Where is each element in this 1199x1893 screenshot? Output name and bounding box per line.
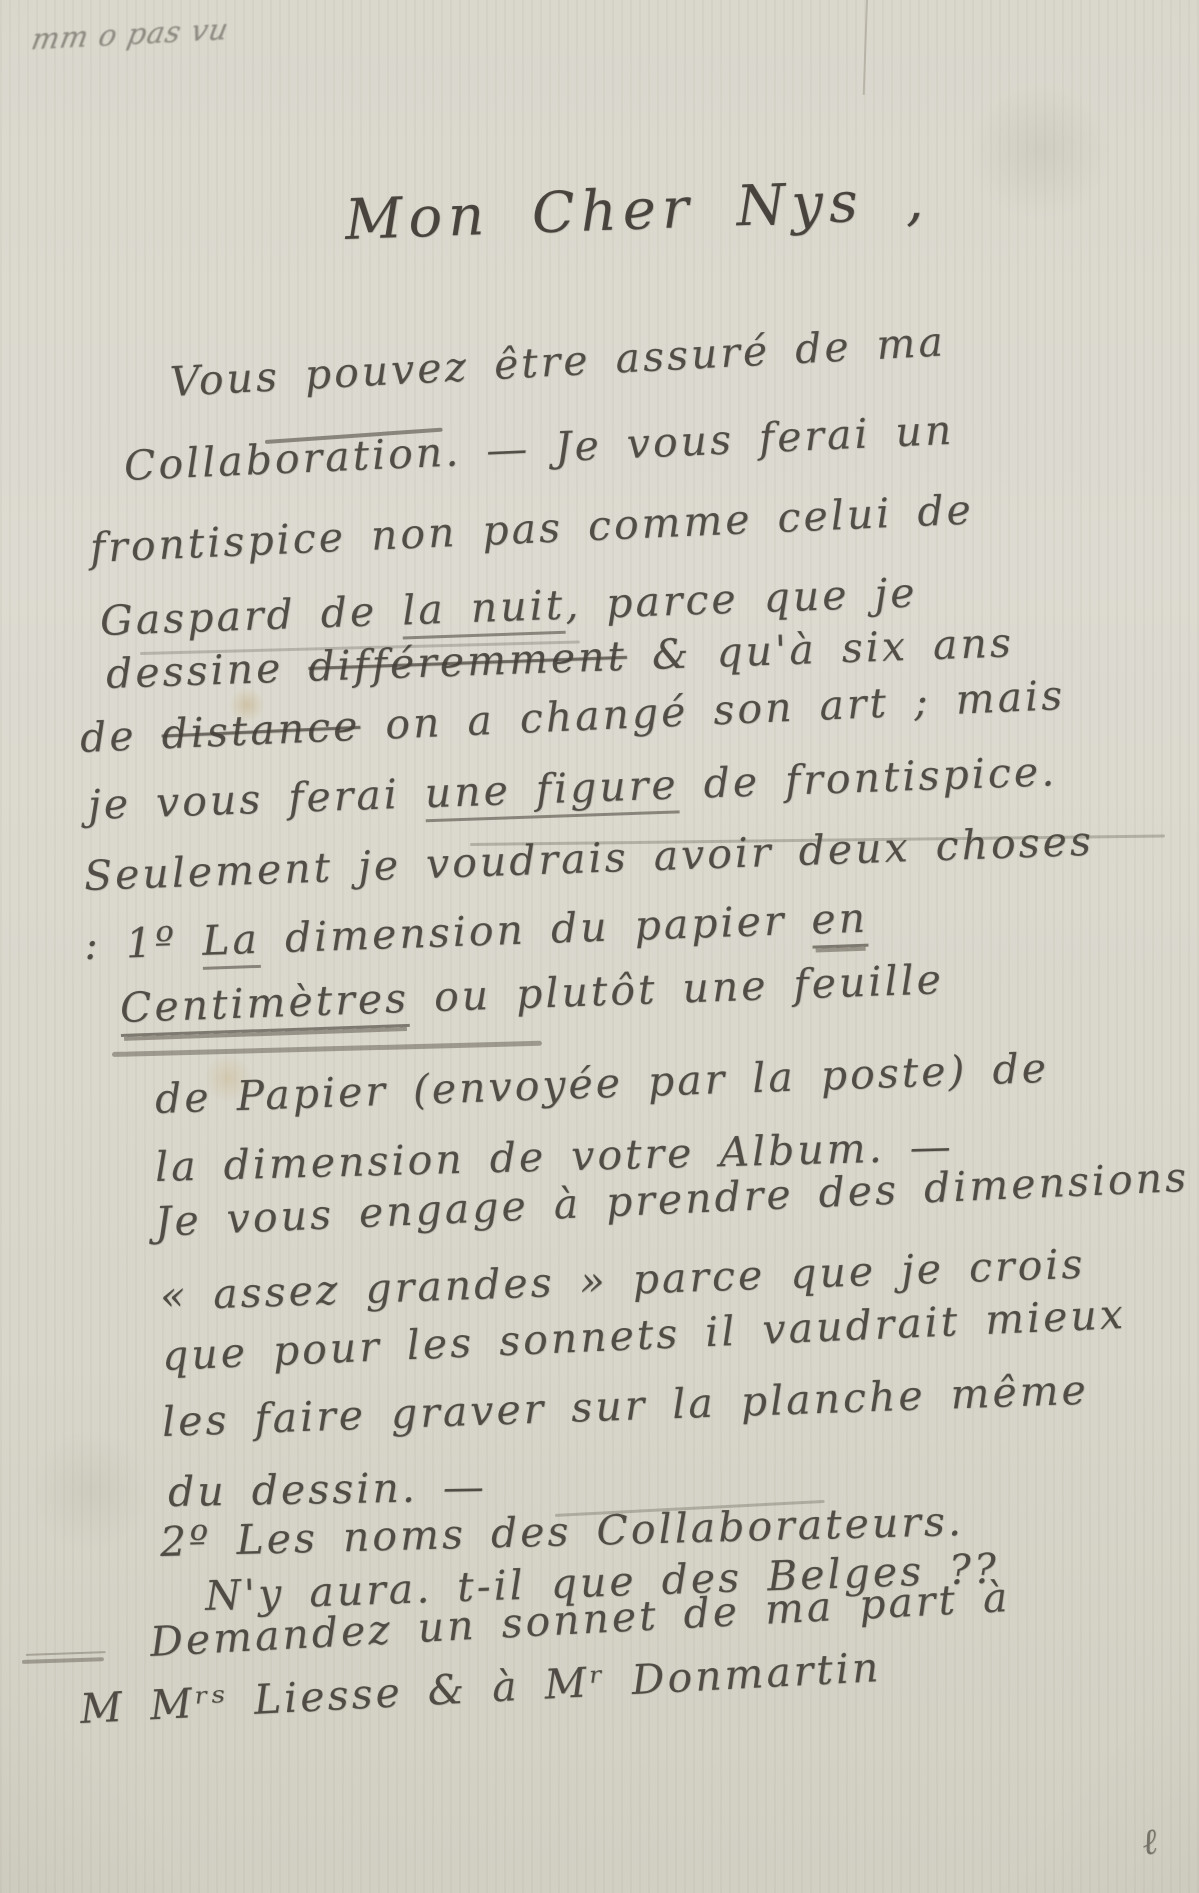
letter-text-segment: frontispice non pas comme celui de xyxy=(89,485,975,572)
corner-pencil-mark: ℓ xyxy=(1139,1820,1160,1864)
letter-line: Seulement je voudrais avoir deux choses xyxy=(83,817,1094,900)
letter-text-segment: & qu'à six ans xyxy=(626,618,1015,679)
pencil-stroke-under-centimetres xyxy=(112,1041,542,1057)
letter-text-segment: dimension du papier xyxy=(259,896,812,963)
letter-page: mm o pas vu Mon Cher Nys , Vous pouvez ê… xyxy=(0,0,1199,1893)
letter-text-segment: ou plutôt une feuille xyxy=(408,955,945,1022)
letter-line: frontispice non pas comme celui de xyxy=(89,485,975,572)
letter-text-segment: en xyxy=(810,894,868,949)
letter-text-segment: Collaboration. — Je vous ferai un xyxy=(123,406,955,490)
letter-line: de Papier (envoyée par la poste) de xyxy=(154,1044,1050,1123)
letter-text-segment: de Papier (envoyée par la poste) de xyxy=(154,1044,1050,1123)
letter-line: du dessin. — xyxy=(168,1462,488,1516)
pencil-annotation: mm o pas vu xyxy=(29,11,232,56)
letter-line: je vous ferai une figure de frontispice. xyxy=(87,747,1058,829)
letter-salutation: Mon Cher Nys , xyxy=(344,168,930,253)
letter-text-segment: Gaspard de xyxy=(99,586,403,645)
letter-text-segment: Vous pouvez être assuré de ma xyxy=(169,317,947,406)
letter-line: Vous pouvez être assuré de ma xyxy=(169,317,947,406)
letter-text-segment: de frontispice. xyxy=(678,747,1058,808)
letter-text-segment: : 1º xyxy=(83,917,203,969)
letter-line: les faire graver sur la planche même xyxy=(161,1366,1089,1446)
pencil-dash-left-margin xyxy=(22,1657,104,1664)
letter-text-segment: les faire graver sur la planche même xyxy=(161,1366,1089,1446)
letter-line: Collaboration. — Je vous ferai un xyxy=(123,406,955,490)
paper-crease xyxy=(863,0,868,95)
letter-line: : 1º La dimension du papier en xyxy=(83,894,869,969)
letter-text-segment: je vous ferai xyxy=(87,769,425,829)
letter-text-segment: la nuit xyxy=(401,581,566,640)
letter-text-segment: distance xyxy=(160,702,361,759)
letter-text-segment: , parce que je xyxy=(564,568,918,628)
letter-text-segment: du dessin. — xyxy=(168,1462,488,1516)
letter-text-segment: une figure xyxy=(424,760,680,822)
letter-text-segment: Seulement je voudrais avoir deux choses xyxy=(83,817,1094,900)
letter-text-segment: La xyxy=(201,915,260,970)
letter-text-segment: Centimètres xyxy=(119,974,410,1037)
letter-text-segment: de xyxy=(79,710,163,762)
